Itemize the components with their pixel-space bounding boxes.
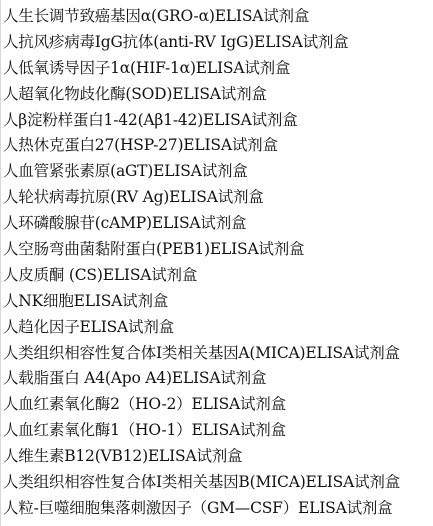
list-item: 人环磷酸腺苷(cAMP)ELISA试剂盒 xyxy=(3,211,400,237)
list-item: 人NK细胞ELISA试剂盒 xyxy=(3,289,400,315)
list-item: 人趋化因子ELISA试剂盒 xyxy=(3,315,400,341)
list-item: 人血红素氧化酶2（HO-2）ELISA试剂盒 xyxy=(3,392,400,418)
list-item: 人载脂蛋白 A4(Apo A4)ELISA试剂盒 xyxy=(3,366,400,392)
list-item: 人维生素B12(VB12)ELISA试剂盒 xyxy=(3,444,400,470)
list-item: 人类组织相容性复合体Ⅰ类相关基因B(MICA)ELISA试剂盒 xyxy=(3,470,400,496)
list-item: 人血红素氧化酶1（HO-1）ELISA试剂盒 xyxy=(3,418,400,444)
list-item: 人超氧化物歧化酶(SOD)ELISA试剂盒 xyxy=(3,82,400,108)
list-item: 人热休克蛋白27(HSP-27)ELISA试剂盒 xyxy=(3,133,400,159)
left-border xyxy=(0,0,1,526)
list-item: 人粒-巨噬细胞集落刺激因子（GM—CSF）ELISA试剂盒 xyxy=(3,496,400,522)
list-item: 人抗风疹病毒IgG抗体(anti-RV IgG)ELISA试剂盒 xyxy=(3,30,400,56)
list-item: 人类组织相容性复合体Ⅰ类相关基因A(MICA)ELISA试剂盒 xyxy=(3,341,400,367)
product-list: 人生长调节致癌基因α(GRO-α)ELISA试剂盒 人抗风疹病毒IgG抗体(an… xyxy=(3,4,400,522)
list-item: 人空肠弯曲菌黏附蛋白(PEB1)ELISA试剂盒 xyxy=(3,237,400,263)
list-item: 人皮质酮 (CS)ELISA试剂盒 xyxy=(3,263,400,289)
list-item: 人β淀粉样蛋白1-42(Aβ1-42)ELISA试剂盒 xyxy=(3,108,400,134)
list-item: 人生长调节致癌基因α(GRO-α)ELISA试剂盒 xyxy=(3,4,400,30)
list-item: 人低氧诱导因子1α(HIF-1α)ELISA试剂盒 xyxy=(3,56,400,82)
list-item: 人血管紧张素原(aGT)ELISA试剂盒 xyxy=(3,159,400,185)
list-item: 人轮状病毒抗原(RV Ag)ELISA试剂盒 xyxy=(3,185,400,211)
